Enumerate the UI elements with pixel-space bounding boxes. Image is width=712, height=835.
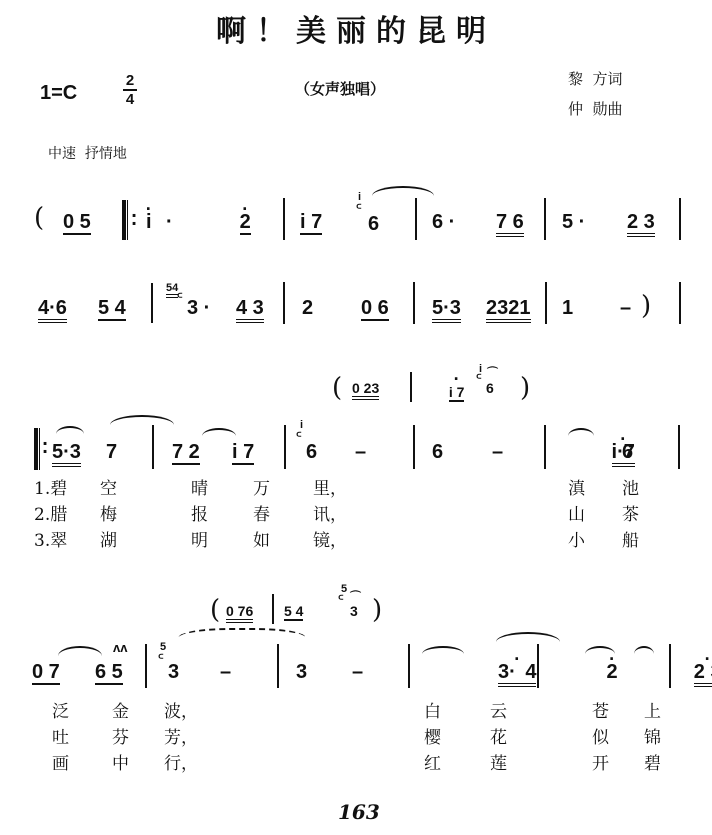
lyric: 中 <box>112 751 129 777</box>
composer-role: 曲 <box>608 100 623 118</box>
lyric: 吐 <box>52 725 69 751</box>
note-group: 0 76 <box>226 603 253 623</box>
verse-line-3: 3.翠 湖 明 如 镜， 小 船 <box>34 528 694 554</box>
note: 6 <box>486 380 494 396</box>
lyric: 锦 <box>644 725 661 751</box>
note: 6 <box>306 441 317 463</box>
lyric: 池 <box>622 476 639 502</box>
barline <box>408 644 410 688</box>
barline <box>679 282 681 324</box>
repeat-dots: ·· <box>42 440 48 456</box>
note-group: 0 23 <box>352 380 379 400</box>
tie <box>496 632 560 642</box>
note-group: 0 7 <box>32 661 60 685</box>
lyric: 似 <box>592 725 609 751</box>
note-group: 0 6 <box>361 297 389 321</box>
lyric: 樱 <box>424 725 441 751</box>
note-group: i 7 <box>449 384 465 402</box>
lyrics-block-2: 泛 金 波， 白 云 苍 上 吐 芬 芳， 樱 花 似 锦 画 中 行， 红 莲… <box>52 699 702 777</box>
note: 3 <box>168 661 179 683</box>
open-paren: ( <box>34 205 44 231</box>
barline <box>145 644 147 688</box>
fermata-icon: ⌒ <box>350 592 361 603</box>
lyric: 小 <box>568 528 585 554</box>
barline <box>678 425 680 469</box>
verse-line-2: 吐 芬 芳， 樱 花 似 锦 <box>52 725 702 751</box>
note: i <box>146 211 152 233</box>
note: 1 <box>562 297 573 319</box>
note-group: 7 6 <box>496 211 524 237</box>
fermata-icon: ⌒ <box>487 368 498 379</box>
verse-line-1: 泛 金 波， 白 云 苍 上 <box>52 699 702 725</box>
dash: – <box>220 661 231 683</box>
open-paren: ( <box>332 375 342 401</box>
grace-note: 5 <box>160 642 166 653</box>
lyric: 报 <box>191 502 208 528</box>
barline <box>413 282 415 324</box>
slur <box>634 646 654 654</box>
repeat-start-barline <box>122 200 128 240</box>
tempo-marking: 中速 抒情地 <box>48 143 127 163</box>
lyric: 镜， <box>313 528 347 554</box>
verse-line-3: 画 中 行， 红 莲 开 碧 <box>52 751 702 777</box>
barline <box>415 198 417 240</box>
song-title: 啊！美丽的昆明 <box>0 6 712 50</box>
lyrics-block-1: 1.碧 空 晴 万 里， 滇 池 2.腊 梅 报 春 讯， 山 茶 3.翠 湖 … <box>34 476 694 554</box>
grace-hook-icon: ᒼ <box>177 293 183 304</box>
lyric: 苍 <box>592 699 609 725</box>
key-signature: 1=C <box>40 82 77 105</box>
grace-hook-icon: ᒼ <box>356 204 362 215</box>
barline <box>272 594 274 624</box>
lyric: 泛 <box>52 699 69 725</box>
lyric: 滇 <box>568 476 585 502</box>
note-group: i 7 <box>232 441 254 465</box>
note-group: 2 3 <box>694 661 712 687</box>
note-group: 7 2 <box>172 441 200 465</box>
lyric: 红 <box>424 751 441 777</box>
grace-hook-icon: ᒼ <box>158 654 164 665</box>
lyricist-credit: 黎 方词 <box>568 68 623 89</box>
tie <box>110 415 174 425</box>
grace-hook-icon: ᒼ <box>338 595 344 606</box>
lyric: 1.碧 <box>34 476 67 502</box>
page-number: 163 <box>338 800 380 824</box>
note: 6 · <box>432 211 455 233</box>
note-group: 5 4 <box>284 603 303 621</box>
time-signature-top: 2 <box>121 72 139 89</box>
lyric: 讯， <box>313 502 347 528</box>
barline <box>544 425 546 469</box>
note: 6 <box>622 441 633 463</box>
note-group: 2321 <box>486 297 531 323</box>
barline <box>679 198 681 240</box>
note-group: 0 5 <box>63 211 91 235</box>
note: 3 <box>296 661 307 683</box>
slur <box>422 646 464 654</box>
repeat-start-barline <box>34 428 40 470</box>
verse-line-2: 2.腊 梅 报 春 讯， 山 茶 <box>34 502 694 528</box>
barline <box>413 425 415 469</box>
composer-credit: 仲 勋曲 <box>568 98 623 119</box>
subtitle: （女声独唱） <box>295 78 385 99</box>
lyric: 白 <box>424 699 441 725</box>
lyric: 船 <box>622 528 639 554</box>
lyric: 2.腊 <box>34 502 67 528</box>
lyric: 春 <box>253 502 270 528</box>
verse-line-1: 1.碧 空 晴 万 里， 滇 池 <box>34 476 694 502</box>
lyric: 上 <box>644 699 661 725</box>
lyric: 3.翠 <box>34 528 67 554</box>
note: 2 <box>607 661 618 683</box>
barline <box>544 198 546 240</box>
slur <box>58 646 102 656</box>
barline <box>669 644 671 688</box>
lyric: 云 <box>490 699 507 725</box>
barline <box>545 282 547 324</box>
note: 6 <box>432 441 443 463</box>
note: 5 · <box>562 211 585 233</box>
lyric: 如 <box>253 528 270 554</box>
note-group: 5 4 <box>98 297 126 321</box>
dash: – <box>492 441 503 463</box>
lyric: 山 <box>568 502 585 528</box>
lyric: 梅 <box>100 502 117 528</box>
lyric: 茶 <box>622 502 639 528</box>
note: 3 <box>350 603 358 619</box>
note-group: i 7 <box>300 211 322 235</box>
repeat-dots: ·· <box>131 212 137 228</box>
augmentation-dot: · <box>166 211 173 233</box>
slur <box>56 426 84 434</box>
barline <box>284 425 286 469</box>
lyricist-name: 黎 方 <box>568 70 608 88</box>
note-group: 2 3 <box>627 211 655 237</box>
lyric: 芬 <box>112 725 129 751</box>
note: 3 · <box>187 297 210 319</box>
slur <box>178 628 306 638</box>
barline <box>283 198 285 240</box>
barline <box>152 425 154 469</box>
slur <box>372 186 434 196</box>
grace-note: i <box>358 192 361 203</box>
grace-hook-icon: ᒼ <box>476 374 482 385</box>
dash: – <box>620 297 631 319</box>
lyric: 波， <box>164 699 198 725</box>
lyric: 金 <box>112 699 129 725</box>
note: 7 <box>106 441 117 463</box>
lyric: 画 <box>52 751 69 777</box>
note-group: 4 3 <box>236 297 264 323</box>
time-signature-bottom: 4 <box>121 91 139 108</box>
lyric: 晴 <box>191 476 208 502</box>
note-group: 4·6 <box>38 297 67 323</box>
lyric: 行， <box>164 751 198 777</box>
lyric: 明 <box>191 528 208 554</box>
lyricist-role: 词 <box>608 70 623 88</box>
slur <box>568 428 594 436</box>
note-group: 3· 4 <box>498 661 536 687</box>
note: 2 <box>240 211 251 235</box>
dash: – <box>352 661 363 683</box>
composer-name: 仲 勋 <box>568 100 608 118</box>
note-group: 5·3 <box>52 441 81 467</box>
barline <box>151 283 153 323</box>
lyric: 花 <box>490 725 507 751</box>
close-paren: ) <box>641 293 651 319</box>
note: 6 <box>368 213 379 235</box>
barline <box>410 372 412 402</box>
lyric: 芳， <box>164 725 198 751</box>
barline <box>283 282 285 324</box>
note-group: 6 5 <box>95 661 123 685</box>
note: 2 <box>302 297 313 319</box>
barline <box>277 644 279 688</box>
close-paren: ) <box>372 597 382 623</box>
slur <box>202 428 236 436</box>
lyric: 万 <box>253 476 270 502</box>
note-group: 5·3 <box>432 297 461 323</box>
lyric: 莲 <box>490 751 507 777</box>
lyric: 湖 <box>100 528 117 554</box>
lyric: 空 <box>100 476 117 502</box>
open-paren: ( <box>210 597 220 623</box>
dash: – <box>355 441 366 463</box>
time-signature: 2 4 <box>121 72 139 108</box>
lyric: 碧 <box>644 751 661 777</box>
close-paren: ) <box>520 375 530 401</box>
barline <box>537 644 539 688</box>
grace-note: i <box>300 420 303 431</box>
grace-hook-icon: ᒼ <box>296 432 302 443</box>
lyric: 开 <box>592 751 609 777</box>
mordent-icon: ʌʌ <box>113 642 127 653</box>
lyric: 里， <box>313 476 347 502</box>
